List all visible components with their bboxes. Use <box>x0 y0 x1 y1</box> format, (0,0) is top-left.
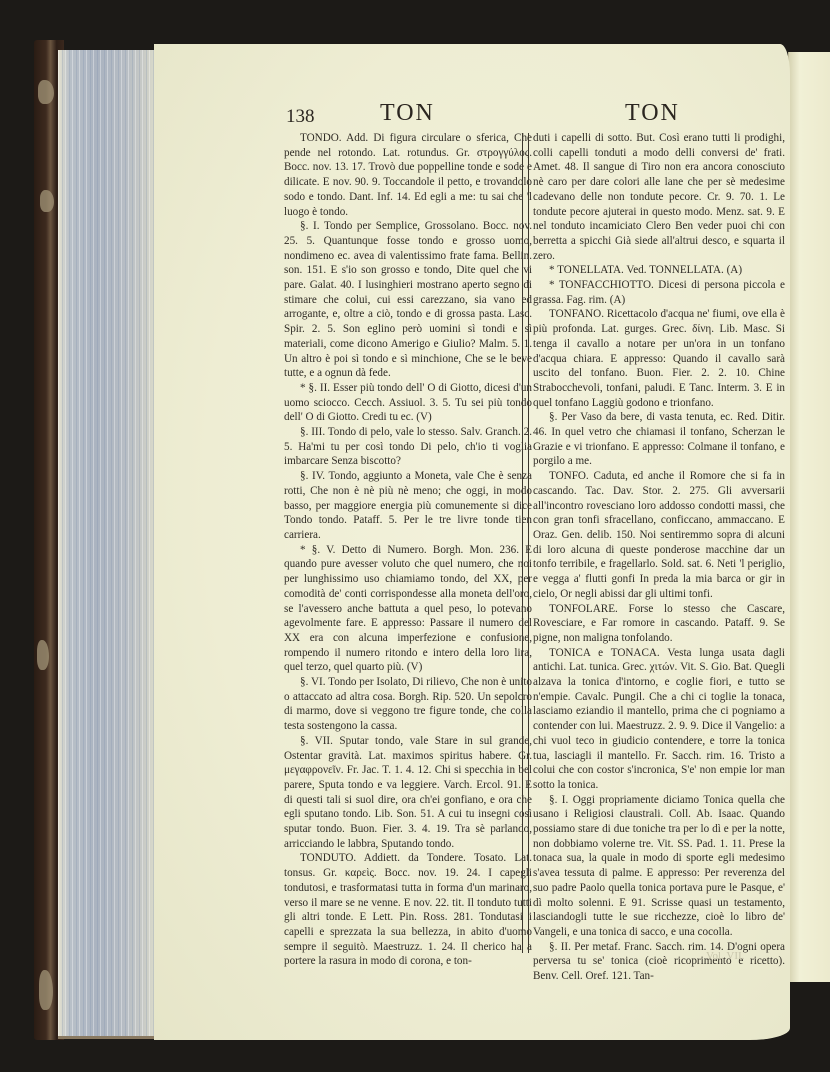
entry-tonica: TONICA e TONACA. Vesta lunga usata dagli… <box>533 646 785 793</box>
page-header: 138 TON TON <box>280 100 780 130</box>
entry-tondo-sense-6: §. VI. Tondo per Isolato, Di rilievo, Ch… <box>284 675 532 734</box>
entry-tonica-sense-2: §. II. Per metaf. Franc. Sacch. rim. 14.… <box>533 940 785 984</box>
entry-tondo: TONDO. Add. Di figura circulare o sferic… <box>284 131 532 219</box>
page-block-edges <box>58 50 156 1039</box>
cover-wear-mark <box>40 190 54 212</box>
left-column: TONDO. Add. Di figura circulare o sferic… <box>284 131 532 969</box>
page-number: 138 <box>286 106 315 128</box>
entry-tondo-sense-1: §. I. Tondo per Semplice, Grossolano. Bo… <box>284 219 532 381</box>
entry-tondo-sense-5: * §. V. Detto di Numero. Borgh. Mon. 236… <box>284 543 532 675</box>
column-divider <box>522 133 529 953</box>
entry-tonfano: TONFANO. Ricettacolo d'acqua ne' fiumi, … <box>533 307 785 410</box>
entry-tondo-sense-2: * §. II. Esser più tondo dell' O di Giot… <box>284 381 532 425</box>
cover-wear-mark <box>39 970 53 1010</box>
entry-tonduto: TONDUTO. Addiett. da Tondere. Tosato. La… <box>284 851 532 969</box>
entry-tonfacchiotto: * TONFACCHIOTTO. Dicesi di persona picco… <box>533 278 785 307</box>
entry-tonfano-sense: §. Per Vaso da bere, di vasta tenuta, ec… <box>533 410 785 469</box>
entry-tonica-sense-1: §. I. Oggi propriamente diciamo Tonica q… <box>533 793 785 940</box>
entry-tondo-sense-4: §. IV. Tondo, aggiunto a Moneta, vale Ch… <box>284 469 532 543</box>
right-column: duti i capelli di sotto. But. Così erano… <box>533 131 785 984</box>
cover-wear-mark <box>37 640 49 670</box>
entry-tonellata: * TONELLATA. Ved. TONNELLATA. (A) <box>533 263 785 278</box>
entry-tonfo: TONFO. Caduta, ed anche il Romore che si… <box>533 469 785 601</box>
entry-tonfolare: TONFOLARE. Forse lo stesso che Cascare, … <box>533 602 785 646</box>
cover-wear-mark <box>38 80 54 104</box>
running-head-left: TON <box>380 100 435 127</box>
facing-page-edge <box>788 52 830 982</box>
entry-tondo-sense-7: §. VII. Sputar tondo, vale Stare in sul … <box>284 734 532 852</box>
entry-tondo-sense-3: §. III. Tondo di pelo, vale lo stesso. S… <box>284 425 532 469</box>
running-head-right: TON <box>625 100 680 127</box>
entry-tonduto-continued: duti i capelli di sotto. But. Così erano… <box>533 131 785 263</box>
volume-signature: Vol. VII. <box>706 950 744 962</box>
